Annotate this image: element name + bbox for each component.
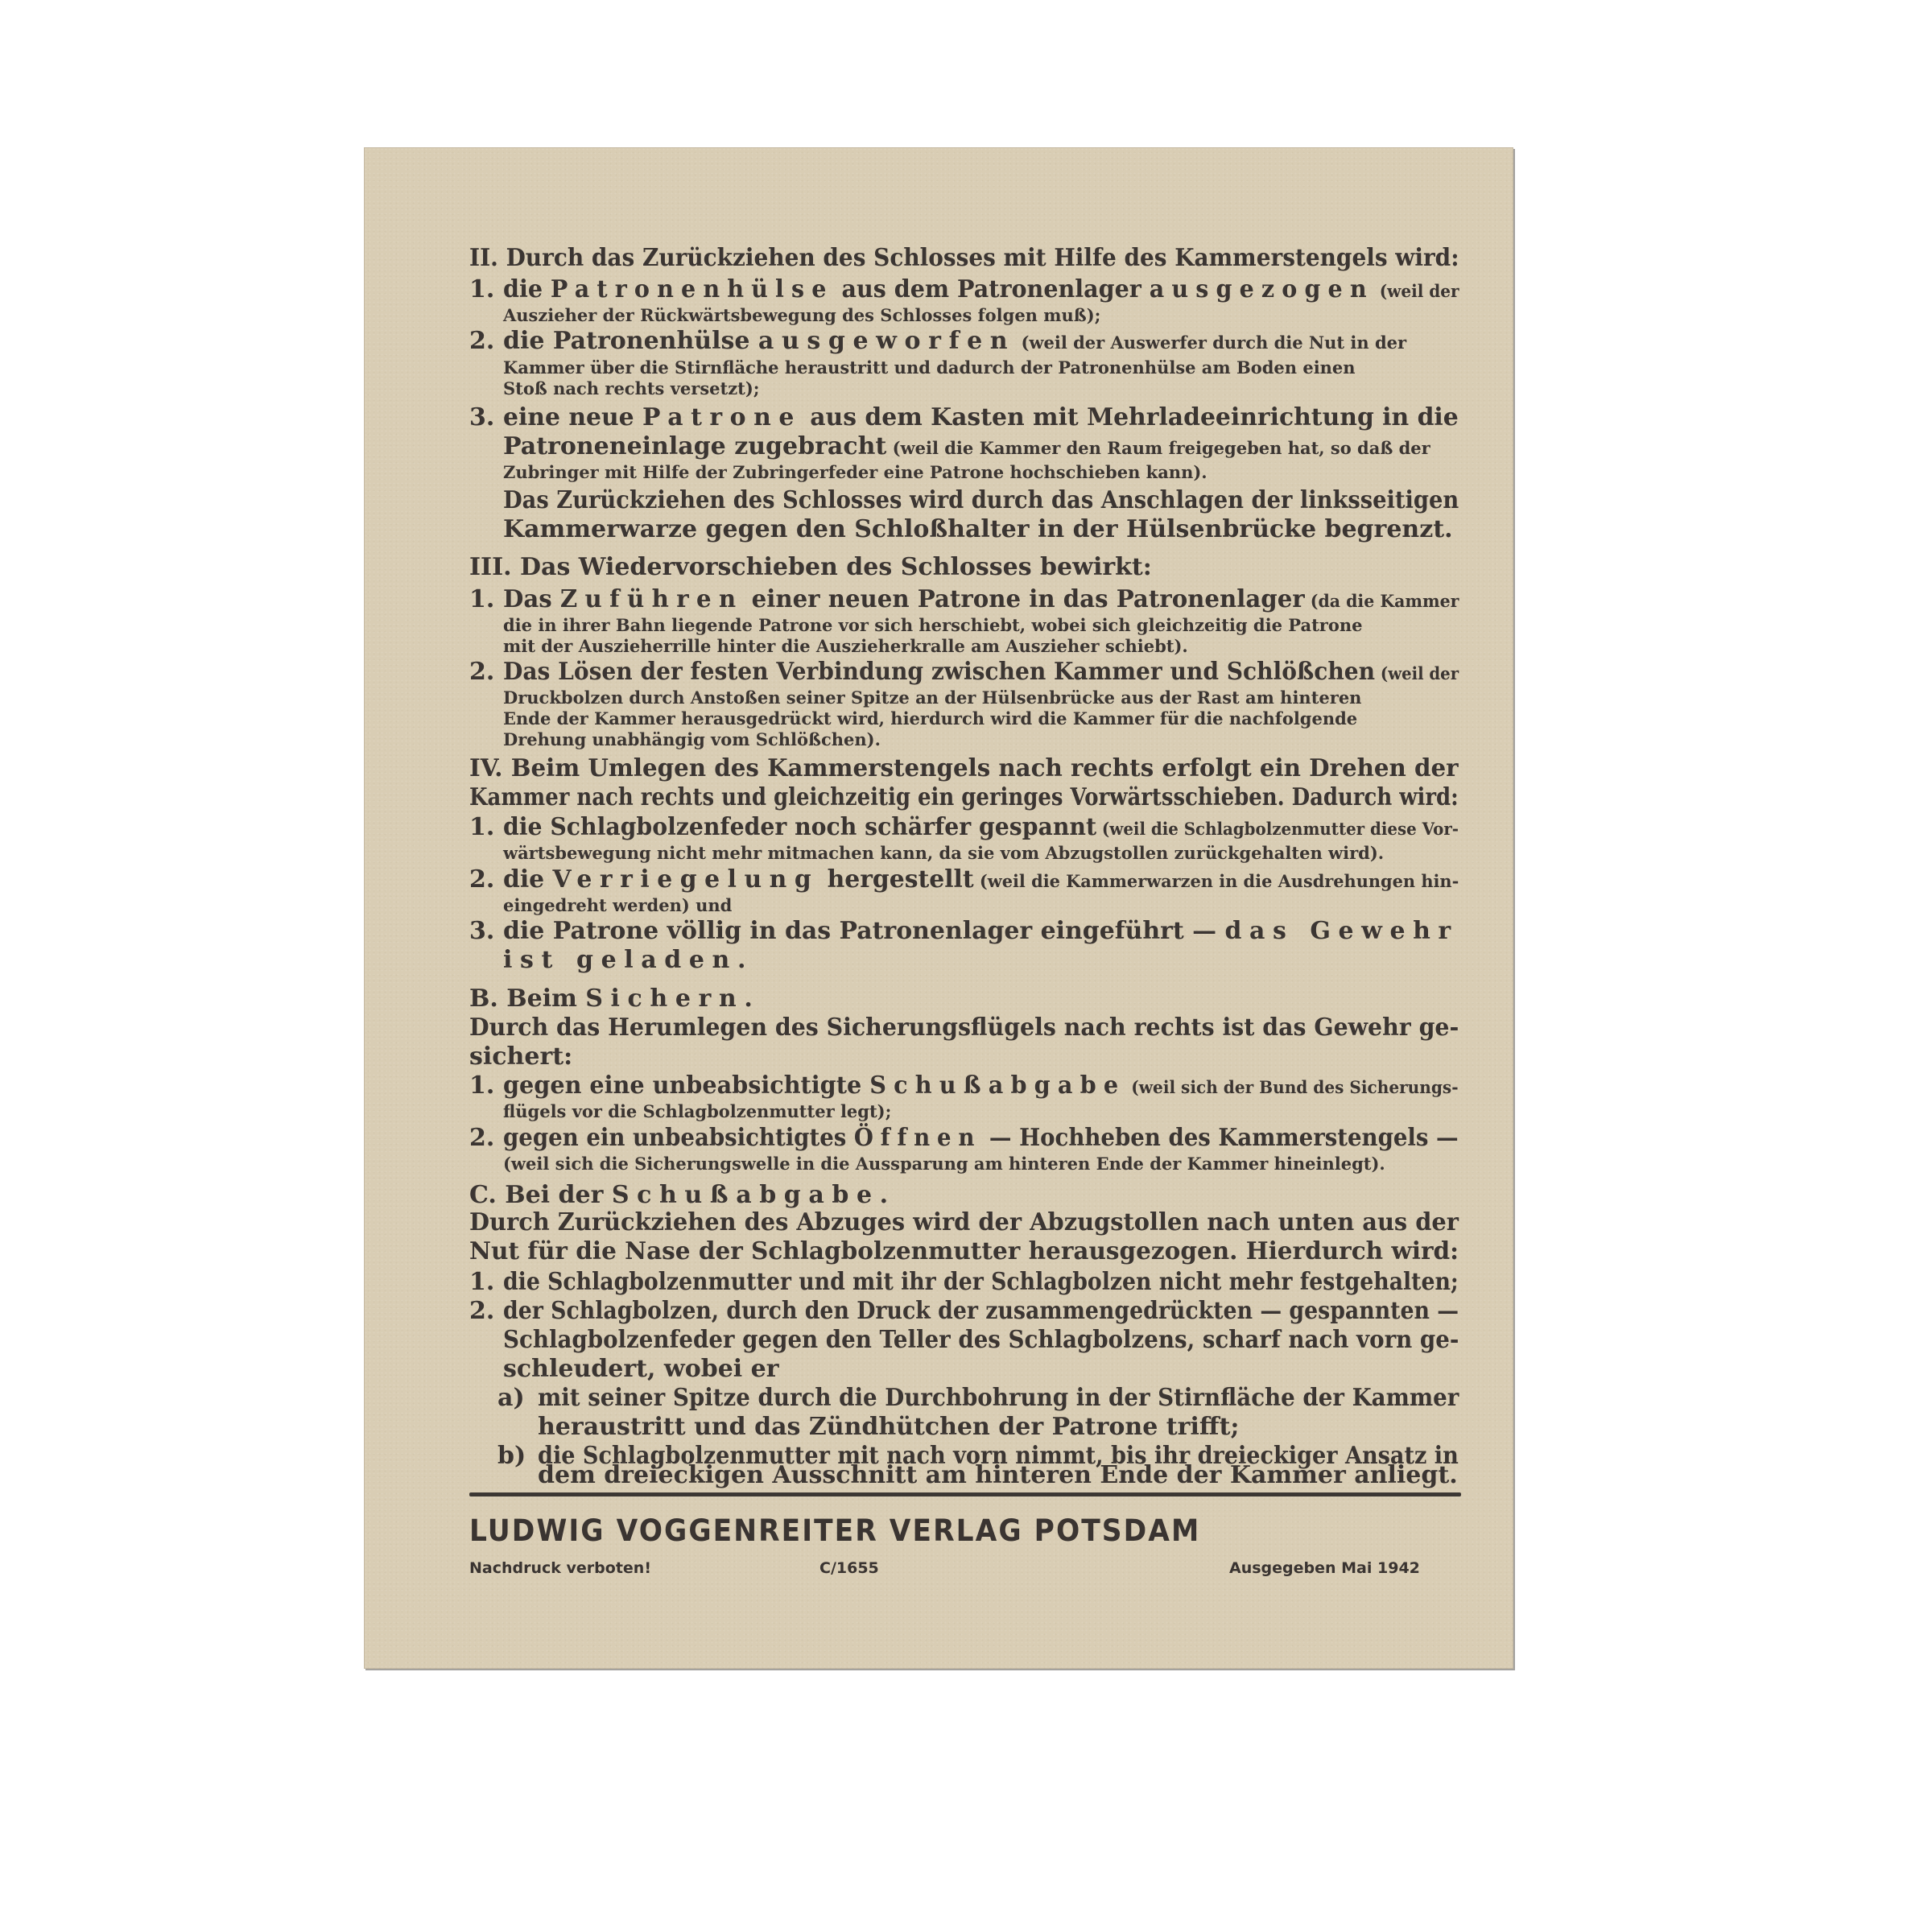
text: die	[503, 865, 552, 894]
parenthetical: (da die Kammer	[1305, 591, 1459, 611]
section-c-item-1-number: 1.	[469, 1270, 494, 1294]
section-iii-item-2-line-1: Das Lösen der festen Verbindung zwischen…	[503, 660, 1459, 684]
section-iv-item-3-line-1: die Patrone völlig in das Patronenlager …	[503, 919, 1459, 943]
section-ii-note-line-2: Kammerwarze gegen den Schloßhalter in de…	[503, 518, 1453, 542]
section-b-intro-line-2: sichert:	[469, 1045, 572, 1069]
text: gegen eine unbeabsichtigte	[503, 1071, 869, 1100]
section-b-item-2-line-1: gegen ein unbeabsichtigtes Öffnen — Hoch…	[503, 1126, 1459, 1150]
section-iii-item-2-line-4: Drehung unabhängig vom Schlößchen).	[503, 731, 881, 748]
text: einer neuen Patrone in das Patronenlager	[743, 585, 1304, 613]
section-ii-item-3-number: 3.	[469, 406, 494, 430]
section-c-subitem-b-label: b)	[497, 1444, 526, 1468]
section-c-item-2-line-1: der Schlagbolzen, durch den Druck der zu…	[503, 1299, 1459, 1323]
section-c-subitem-a-label: a)	[497, 1386, 525, 1410]
text: — Hochheben des Kammerstengels —	[981, 1124, 1458, 1152]
section-iv-item-1-line-2: wärtsbewegung nicht mehr mitmachen kann,…	[503, 844, 1384, 861]
reprint-notice: Nachdruck verboten!	[469, 1559, 651, 1577]
section-c-item-2-line-3: schleudert, wobei er	[503, 1357, 779, 1381]
section-iv-heading-line-2: Kammer nach rechts und gleichzeitig ein …	[469, 786, 1459, 810]
section-ii-heading: II. Durch das Zurückziehen des Schlosses…	[469, 246, 1459, 270]
section-c-item-2-number: 2.	[469, 1299, 494, 1323]
section-ii-item-2-line-3: Stoß nach rechts versetzt);	[503, 380, 760, 397]
parenthetical: (weil die Kammer den Raum freigegeben ha…	[886, 438, 1430, 458]
text: aus dem Patronenlager	[834, 275, 1150, 303]
section-ii-item-2-line-1: die Patronenhülse ausgeworfen (weil der …	[503, 329, 1406, 353]
spaced-text: Schußabgabe.	[612, 1181, 896, 1209]
section-ii-item-3-line-1: eine neue Patrone aus dem Kasten mit Meh…	[503, 406, 1459, 430]
text: C. Bei der	[469, 1181, 612, 1209]
section-iv-item-1-number: 1.	[469, 815, 494, 840]
spaced-text: Öffnen	[854, 1124, 981, 1152]
section-iii-item-2-line-2: Druckbolzen durch Anstoßen seiner Spitze…	[503, 689, 1361, 706]
section-b-item-1-line-2: flügels vor die Schlagbolzenmutter legt)…	[503, 1103, 891, 1120]
issue-date: Ausgegeben Mai 1942	[1229, 1559, 1420, 1577]
document-code: C/1655	[819, 1559, 879, 1577]
section-ii-item-1-number: 1.	[469, 278, 494, 302]
section-ii-item-2-line-2: Kammer über die Stirnfläche heraustritt …	[503, 359, 1356, 376]
spaced-text: Schußabgabe	[869, 1071, 1125, 1100]
section-c-item-1-line-1: die Schlagbolzenmutter und mit ihr der S…	[503, 1270, 1459, 1294]
text: B. Beim	[469, 985, 585, 1013]
section-iii-item-1-line-2: die in ihrer Bahn liegende Patrone vor s…	[503, 617, 1362, 634]
section-c-item-2-line-2: Schlagbolzenfeder gegen den Teller des S…	[503, 1328, 1459, 1352]
text: die Patronenhülse	[503, 327, 758, 355]
section-iv-item-3-number: 3.	[469, 919, 494, 943]
spaced-text: das Gewehr	[1224, 917, 1458, 945]
section-ii-item-1-line-2: Auszieher der Rückwärtsbewegung des Schl…	[503, 307, 1100, 324]
section-ii-item-3-line-3: Zubringer mit Hilfe der Zubringerfeder e…	[503, 464, 1207, 481]
section-iv-heading-line-1: IV. Beim Umlegen des Kammerstengels nach…	[469, 757, 1459, 781]
section-b-item-2-line-2: (weil sich die Sicherungswelle in die Au…	[503, 1155, 1385, 1172]
section-iii-item-2-line-3: Ende der Kammer herausgedrückt wird, hie…	[503, 710, 1357, 727]
section-b-intro-line-1: Durch das Herumlegen des Sicherungsflüge…	[469, 1016, 1459, 1040]
parenthetical: (weil der	[1374, 281, 1459, 301]
text: gegen ein unbeabsichtigtes	[503, 1124, 854, 1152]
section-ii-item-1-line-1: die Patronenhülse aus dem Patronenlager …	[503, 278, 1459, 302]
section-iii-item-1-line-1: Das Zuführen einer neuen Patrone in das …	[503, 588, 1459, 612]
spaced-text: Zuführen	[560, 585, 744, 613]
text: Patroneneinlage zugebracht	[503, 432, 886, 460]
section-iii-item-1-line-3: mit der Auszieherrille hinter die Auszie…	[503, 638, 1188, 654]
spaced-text: Patronenhülse	[551, 275, 834, 303]
parenthetical: (weil der	[1375, 663, 1459, 683]
spaced-text: ausgeworfen	[758, 327, 1015, 355]
parenthetical: (weil die Schlagbolzenmutter diese Vor-	[1096, 819, 1459, 839]
text: Das	[503, 585, 560, 613]
text: die	[503, 275, 551, 303]
section-ii-item-3-line-2: Patroneneinlage zugebracht (weil die Kam…	[503, 435, 1430, 459]
section-c-intro-line-1: Durch Zurückziehen des Abzuges wird der …	[469, 1211, 1459, 1235]
publisher-name: LUDWIG VOGGENREITER VERLAG POTSDAM	[469, 1513, 1200, 1548]
section-iv-item-2-number: 2.	[469, 868, 494, 892]
section-c-intro-line-2: Nut für die Nase der Schlagbolzenmutter …	[469, 1240, 1459, 1264]
section-c-subitem-a-line-1: mit seiner Spitze durch die Durchbohrung…	[538, 1386, 1459, 1410]
text: die Schlagbolzenfeder noch schärfer gesp…	[503, 813, 1096, 841]
section-ii-note-line-1: Das Zurückziehen des Schlosses wird durc…	[503, 489, 1459, 513]
spaced-text: Verriegelung	[552, 865, 819, 894]
section-iii-item-1-number: 1.	[469, 588, 494, 612]
section-c-heading: C. Bei der Schußabgabe.	[469, 1183, 896, 1207]
text: Das Lösen der festen Verbindung zwischen…	[503, 658, 1375, 686]
spaced-text: ausgezogen	[1150, 275, 1374, 303]
spaced-text: Patrone	[642, 403, 802, 431]
section-ii-item-2-number: 2.	[469, 329, 494, 353]
section-b-item-1-line-1: gegen eine unbeabsichtigte Schußabgabe (…	[503, 1074, 1459, 1098]
footer-rule	[469, 1492, 1461, 1496]
text: hergestellt	[819, 865, 973, 894]
section-iv-item-2-line-2: eingedreht werden) und	[503, 897, 732, 914]
section-iii-heading: III. Das Wiedervorschieben des Schlosses…	[469, 555, 1152, 580]
spaced-text: Sichern.	[585, 985, 760, 1013]
section-c-subitem-a-line-2: heraustritt und das Zündhütchen der Patr…	[538, 1415, 1239, 1439]
section-c-subitem-b-line-2: dem dreieckigen Ausschnitt am hinteren E…	[538, 1463, 1458, 1488]
section-b-item-2-number: 2.	[469, 1126, 494, 1150]
parenthetical: (weil sich der Bund des Sicherungs-	[1125, 1077, 1458, 1097]
section-iii-item-2-number: 2.	[469, 660, 494, 684]
text: eine neue	[503, 403, 642, 431]
parenthetical: (weil die Kammerwarzen in die Ausdrehung…	[974, 871, 1459, 891]
section-iv-item-2-line-1: die Verriegelung hergestellt (weil die K…	[503, 868, 1459, 892]
section-b-heading: B. Beim Sichern.	[469, 987, 760, 1011]
section-iv-item-1-line-1: die Schlagbolzenfeder noch schärfer gesp…	[503, 815, 1459, 840]
section-iv-item-3-line-2: ist geladen.	[503, 948, 753, 972]
text: aus dem Kasten mit Mehrladeeinrichtung i…	[802, 403, 1459, 431]
parenthetical: (weil der Auswerfer durch die Nut in der	[1015, 332, 1406, 353]
section-b-item-1-number: 1.	[469, 1074, 494, 1098]
text: die Patrone völlig in das Patronenlager …	[503, 917, 1224, 945]
